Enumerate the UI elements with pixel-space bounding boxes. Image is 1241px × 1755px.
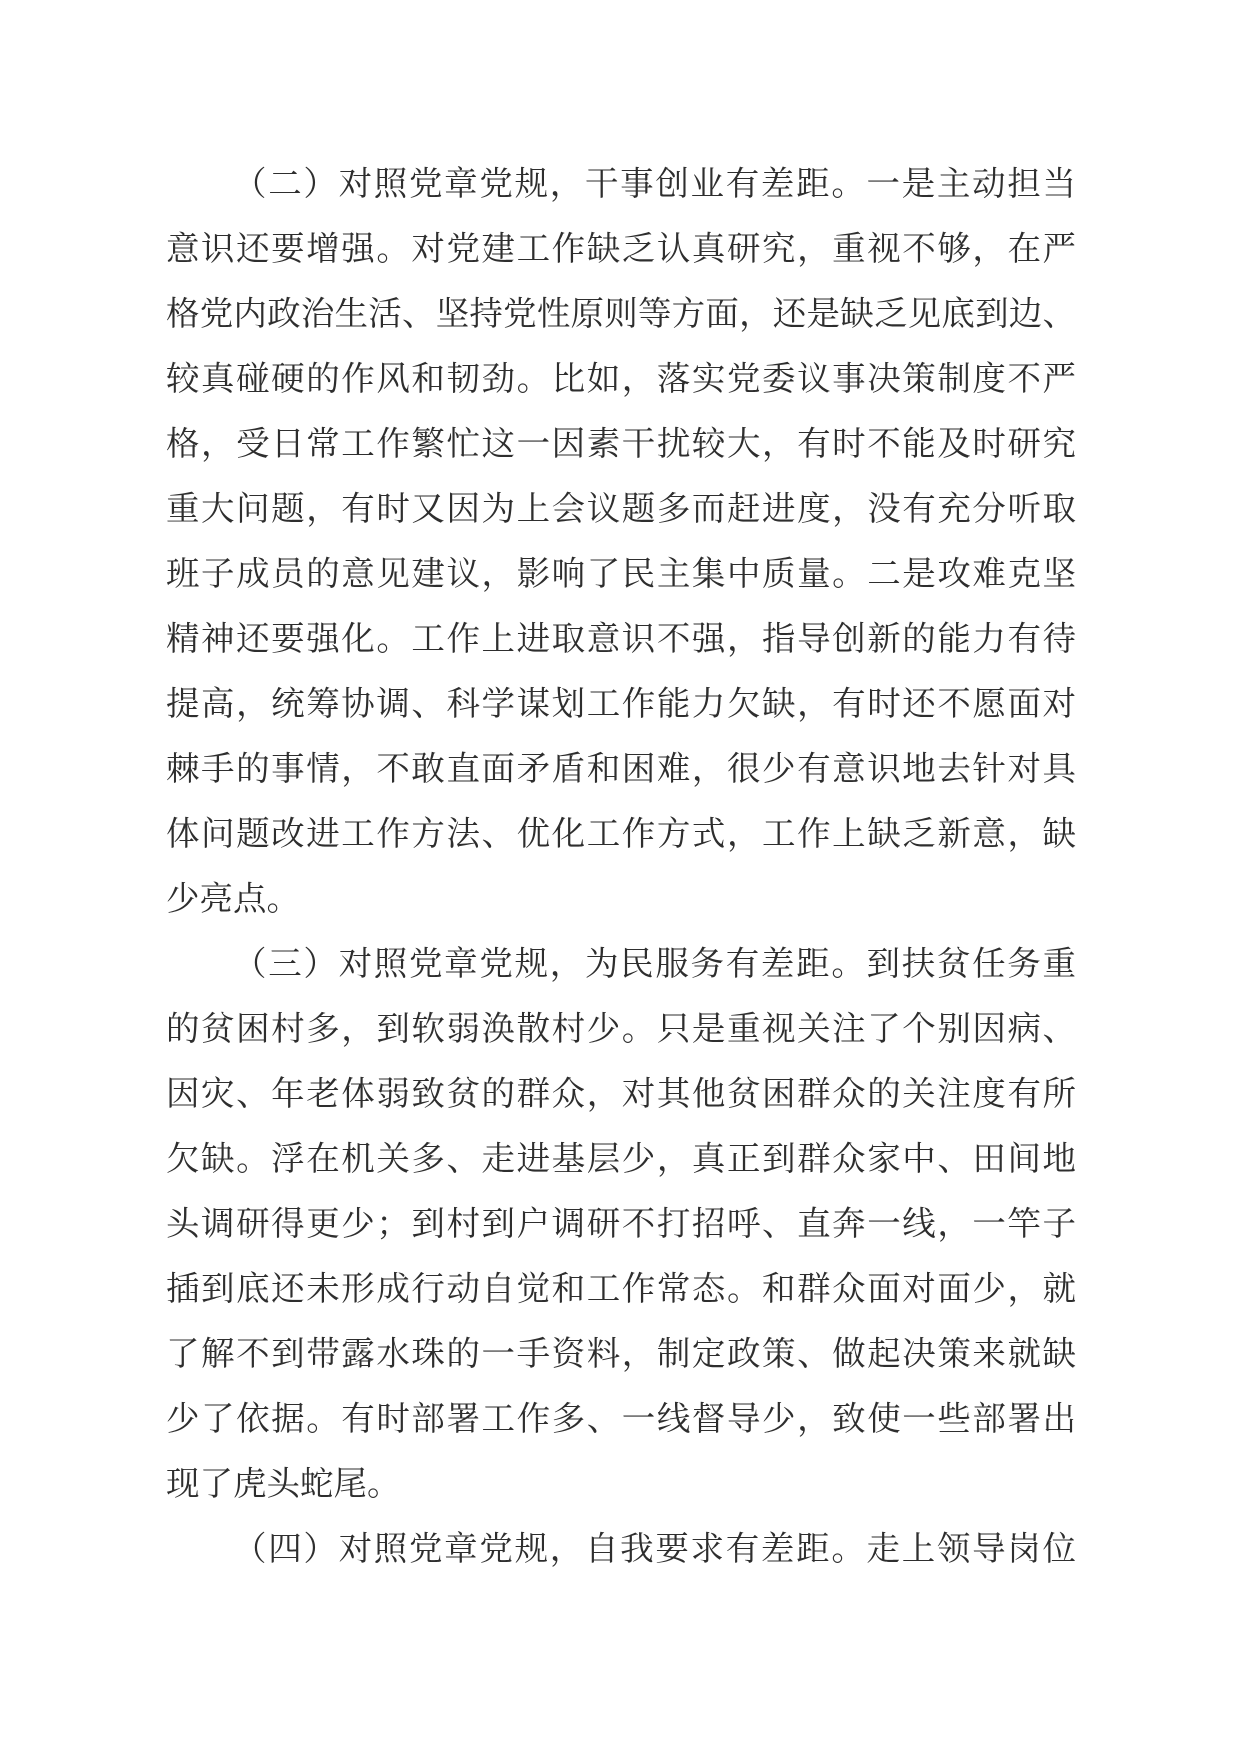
text-line: 的贫困村多，到软弱涣散村少。只是重视关注了个别因病、: [166, 997, 1076, 1062]
document-page: （二）对照党章党规，干事创业有差距。一是主动担当 意识还要增强。对党建工作缺乏认…: [0, 0, 1241, 1755]
text-line: （三）对照党章党规，为民服务有差距。到扶贫任务重: [166, 932, 1076, 997]
text-line: 重大问题，有时又因为上会议题多而赶进度，没有充分听取: [166, 477, 1076, 542]
text-line: 头调研得更少；到村到户调研不打招呼、直奔一线，一竿子: [166, 1192, 1076, 1257]
text-line: 提高，统筹协调、科学谋划工作能力欠缺，有时还不愿面对: [166, 672, 1076, 737]
text-line: 较真碰硬的作风和韧劲。比如，落实党委议事决策制度不严: [166, 347, 1076, 412]
text-line: 格党内政治生活、坚持党性原则等方面，还是缺乏见底到边、: [166, 282, 1076, 347]
text-line: 少亮点。: [166, 867, 1076, 932]
text-line: 格，受日常工作繁忙这一因素干扰较大，有时不能及时研究: [166, 412, 1076, 477]
text-line: （四）对照党章党规，自我要求有差距。走上领导岗位: [166, 1517, 1076, 1582]
text-block: （二）对照党章党规，干事创业有差距。一是主动担当 意识还要增强。对党建工作缺乏认…: [0, 0, 1241, 1582]
paragraph-section-3: （三）对照党章党规，为民服务有差距。到扶贫任务重 的贫困村多，到软弱涣散村少。只…: [166, 932, 1076, 1517]
text-line: （二）对照党章党规，干事创业有差距。一是主动担当: [166, 152, 1076, 217]
text-line: 欠缺。浮在机关多、走进基层少，真正到群众家中、田间地: [166, 1127, 1076, 1192]
text-line: 了解不到带露水珠的一手资料，制定政策、做起决策来就缺: [166, 1322, 1076, 1387]
text-line: 意识还要增强。对党建工作缺乏认真研究，重视不够，在严: [166, 217, 1076, 282]
text-line: 少了依据。有时部署工作多、一线督导少，致使一些部署出: [166, 1387, 1076, 1452]
text-line: 插到底还未形成行动自觉和工作常态。和群众面对面少，就: [166, 1257, 1076, 1322]
text-line: 精神还要强化。工作上进取意识不强，指导创新的能力有待: [166, 607, 1076, 672]
paragraph-section-4: （四）对照党章党规，自我要求有差距。走上领导岗位: [166, 1517, 1076, 1582]
text-line: 现了虎头蛇尾。: [166, 1452, 1076, 1517]
text-line: 班子成员的意见建议，影响了民主集中质量。二是攻难克坚: [166, 542, 1076, 607]
paragraph-section-2: （二）对照党章党规，干事创业有差距。一是主动担当 意识还要增强。对党建工作缺乏认…: [166, 152, 1076, 932]
text-line: 棘手的事情，不敢直面矛盾和困难，很少有意识地去针对具: [166, 737, 1076, 802]
text-line: 因灾、年老体弱致贫的群众，对其他贫困群众的关注度有所: [166, 1062, 1076, 1127]
text-line: 体问题改进工作方法、优化工作方式，工作上缺乏新意，缺: [166, 802, 1076, 867]
